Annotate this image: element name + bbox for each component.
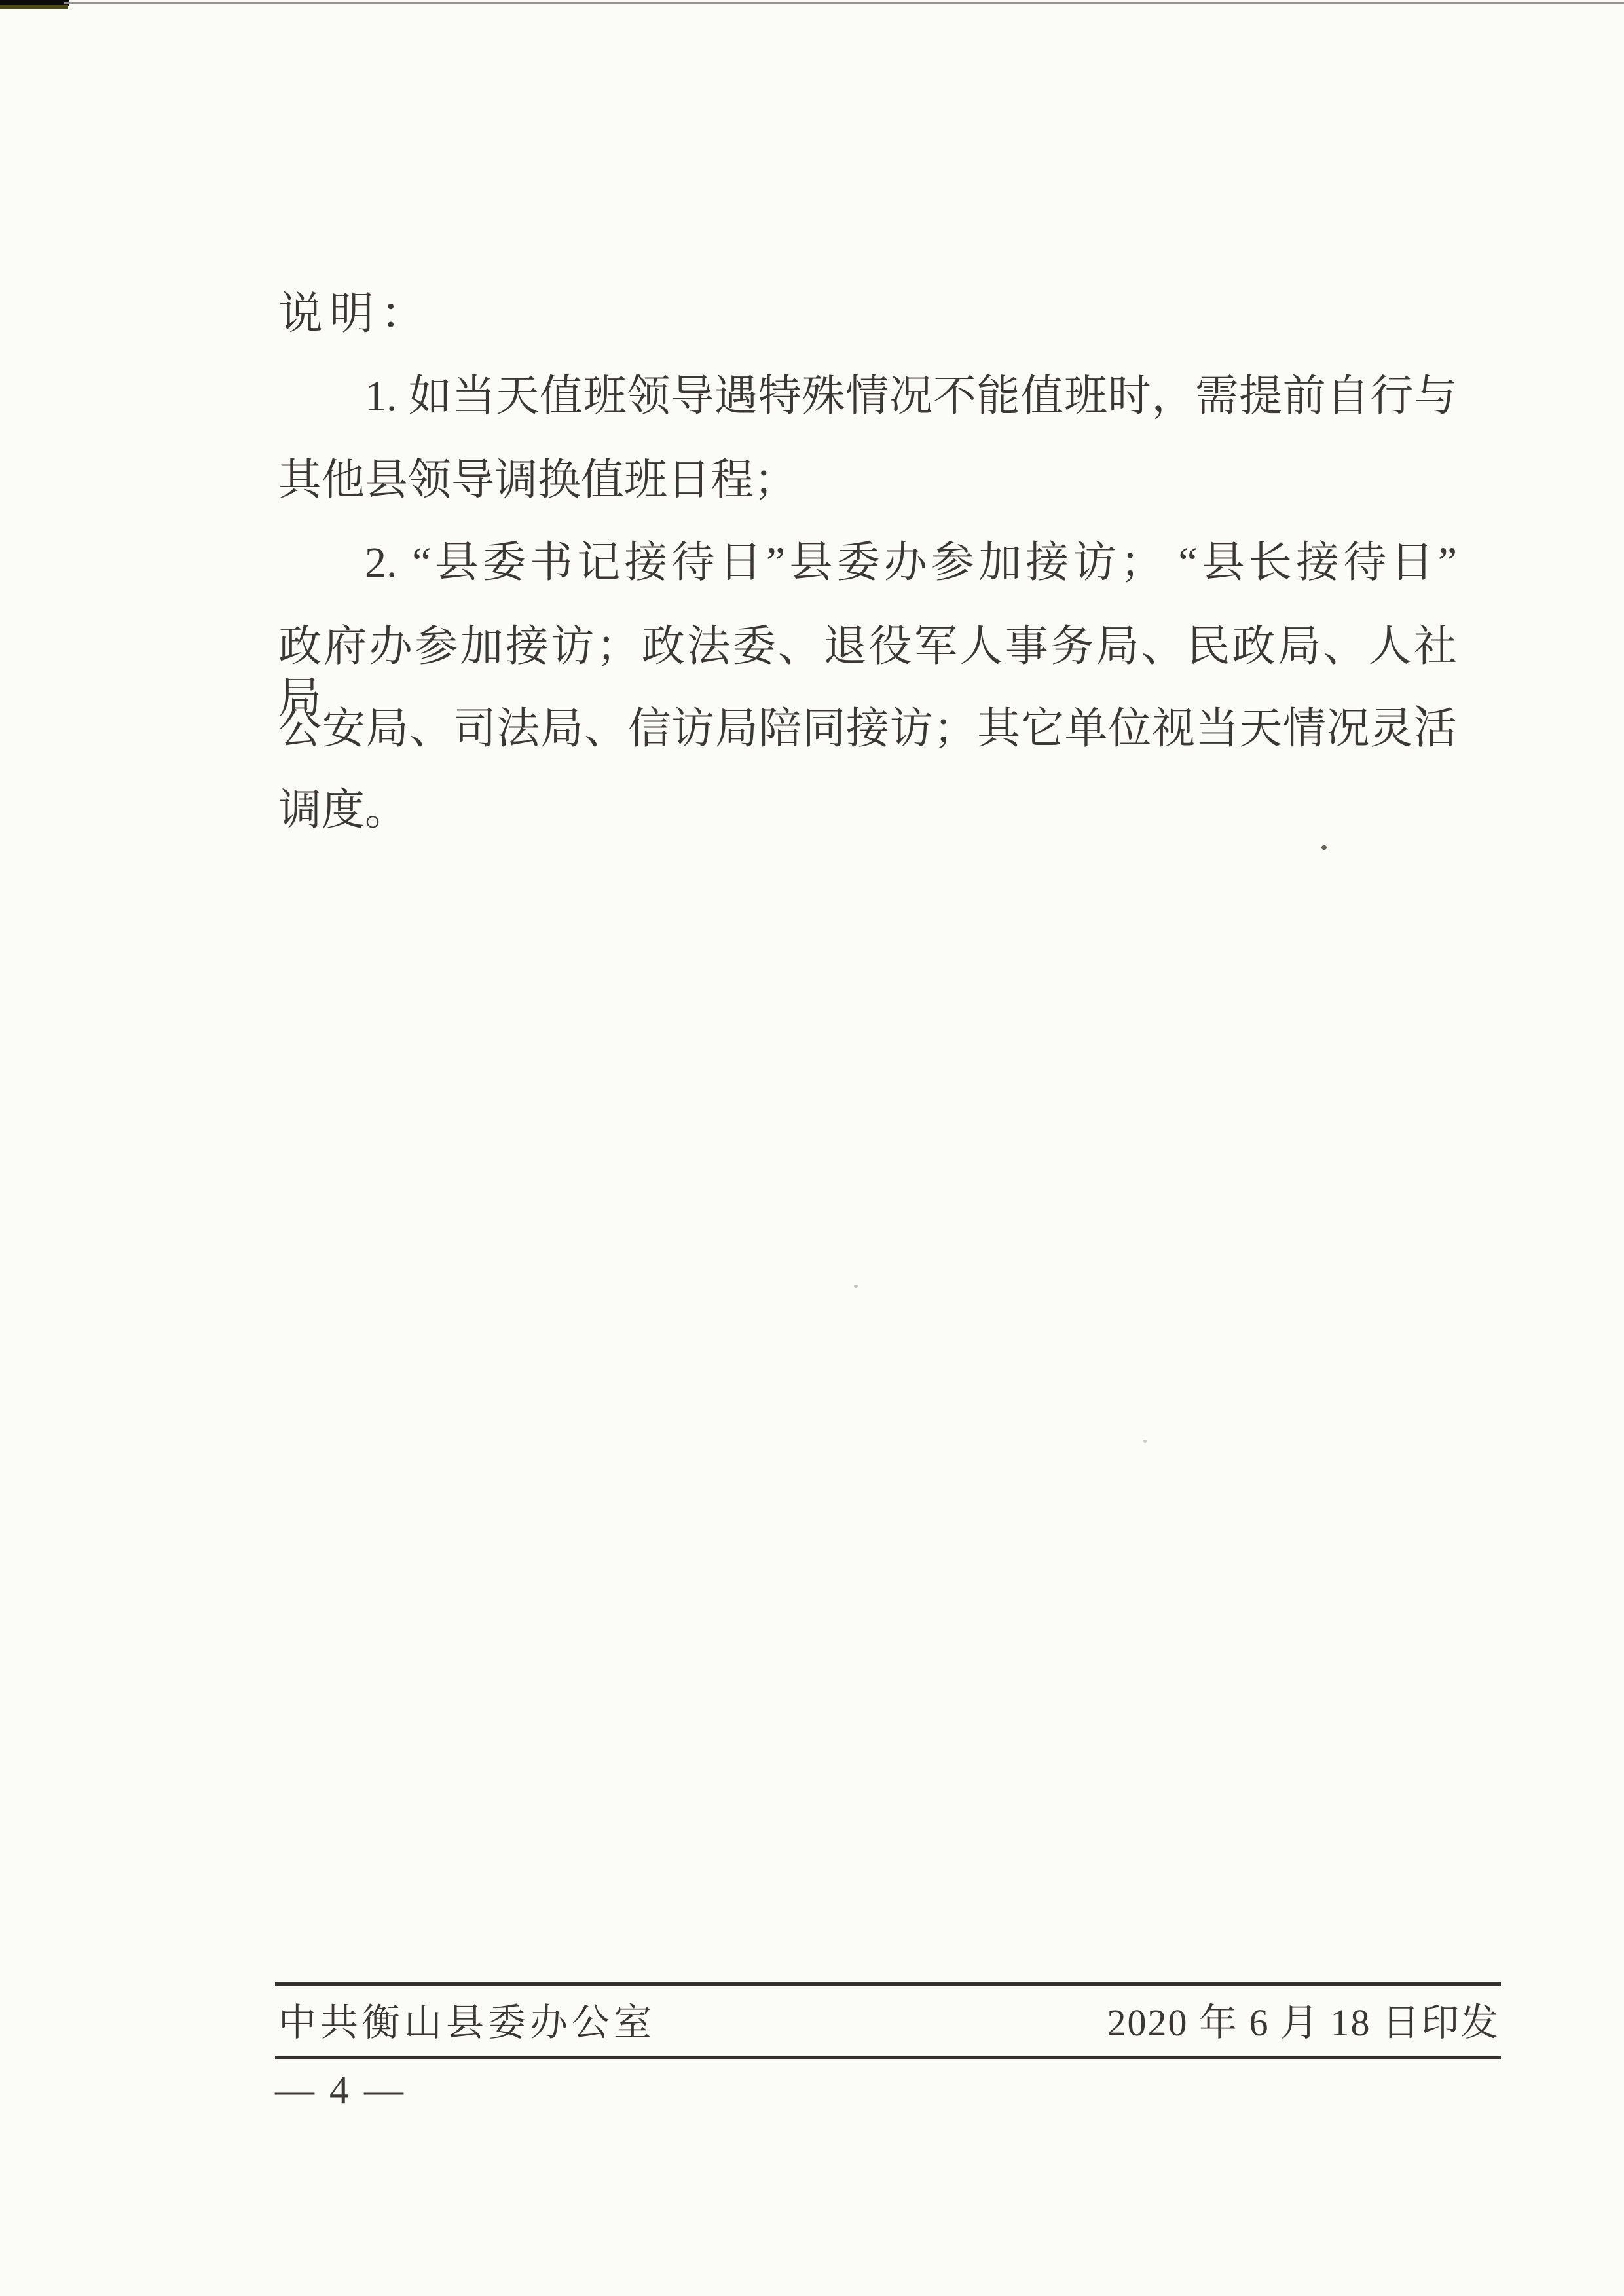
scan-speck	[1143, 1440, 1147, 1443]
footer-imprint-row: 中共衡山县委办公室 2020 年 6 月 18 日印发	[278, 2001, 1500, 2045]
page-number: — 4 —	[275, 2068, 406, 2113]
footer-issuing-office: 中共衡山县委办公室	[278, 2001, 655, 2045]
footer-print-date: 2020 年 6 月 18 日印发	[1107, 2001, 1500, 2045]
scan-speck	[854, 1285, 858, 1288]
scan-artifact-olive-edge	[0, 5, 68, 9]
scan-speck	[1321, 845, 1327, 850]
scanned-document-page: 说明： 1. 如当天值班领导遇特殊情况不能值班时，需提前自行与 其他县领导调换值…	[0, 0, 1624, 2296]
footer-rule-bottom	[275, 2056, 1501, 2059]
body-line: 2. “县委书记接待日”县委办参加接访； “县长接待日”	[278, 537, 1457, 589]
body-line: 1. 如当天值班领导遇特殊情况不能值班时，需提前自行与	[278, 371, 1457, 422]
body-line: 公安局、司法局、信访局陪同接访；其它单位视当天情况灵活	[278, 703, 1457, 755]
scan-artifact-top-edge-line	[64, 2, 1624, 4]
body-line: 其他县领导调换值班日程；	[278, 454, 1457, 506]
footer-rule-top	[275, 1982, 1501, 1986]
body-line: 调度。	[278, 784, 1457, 836]
section-heading: 说明：	[278, 289, 432, 338]
